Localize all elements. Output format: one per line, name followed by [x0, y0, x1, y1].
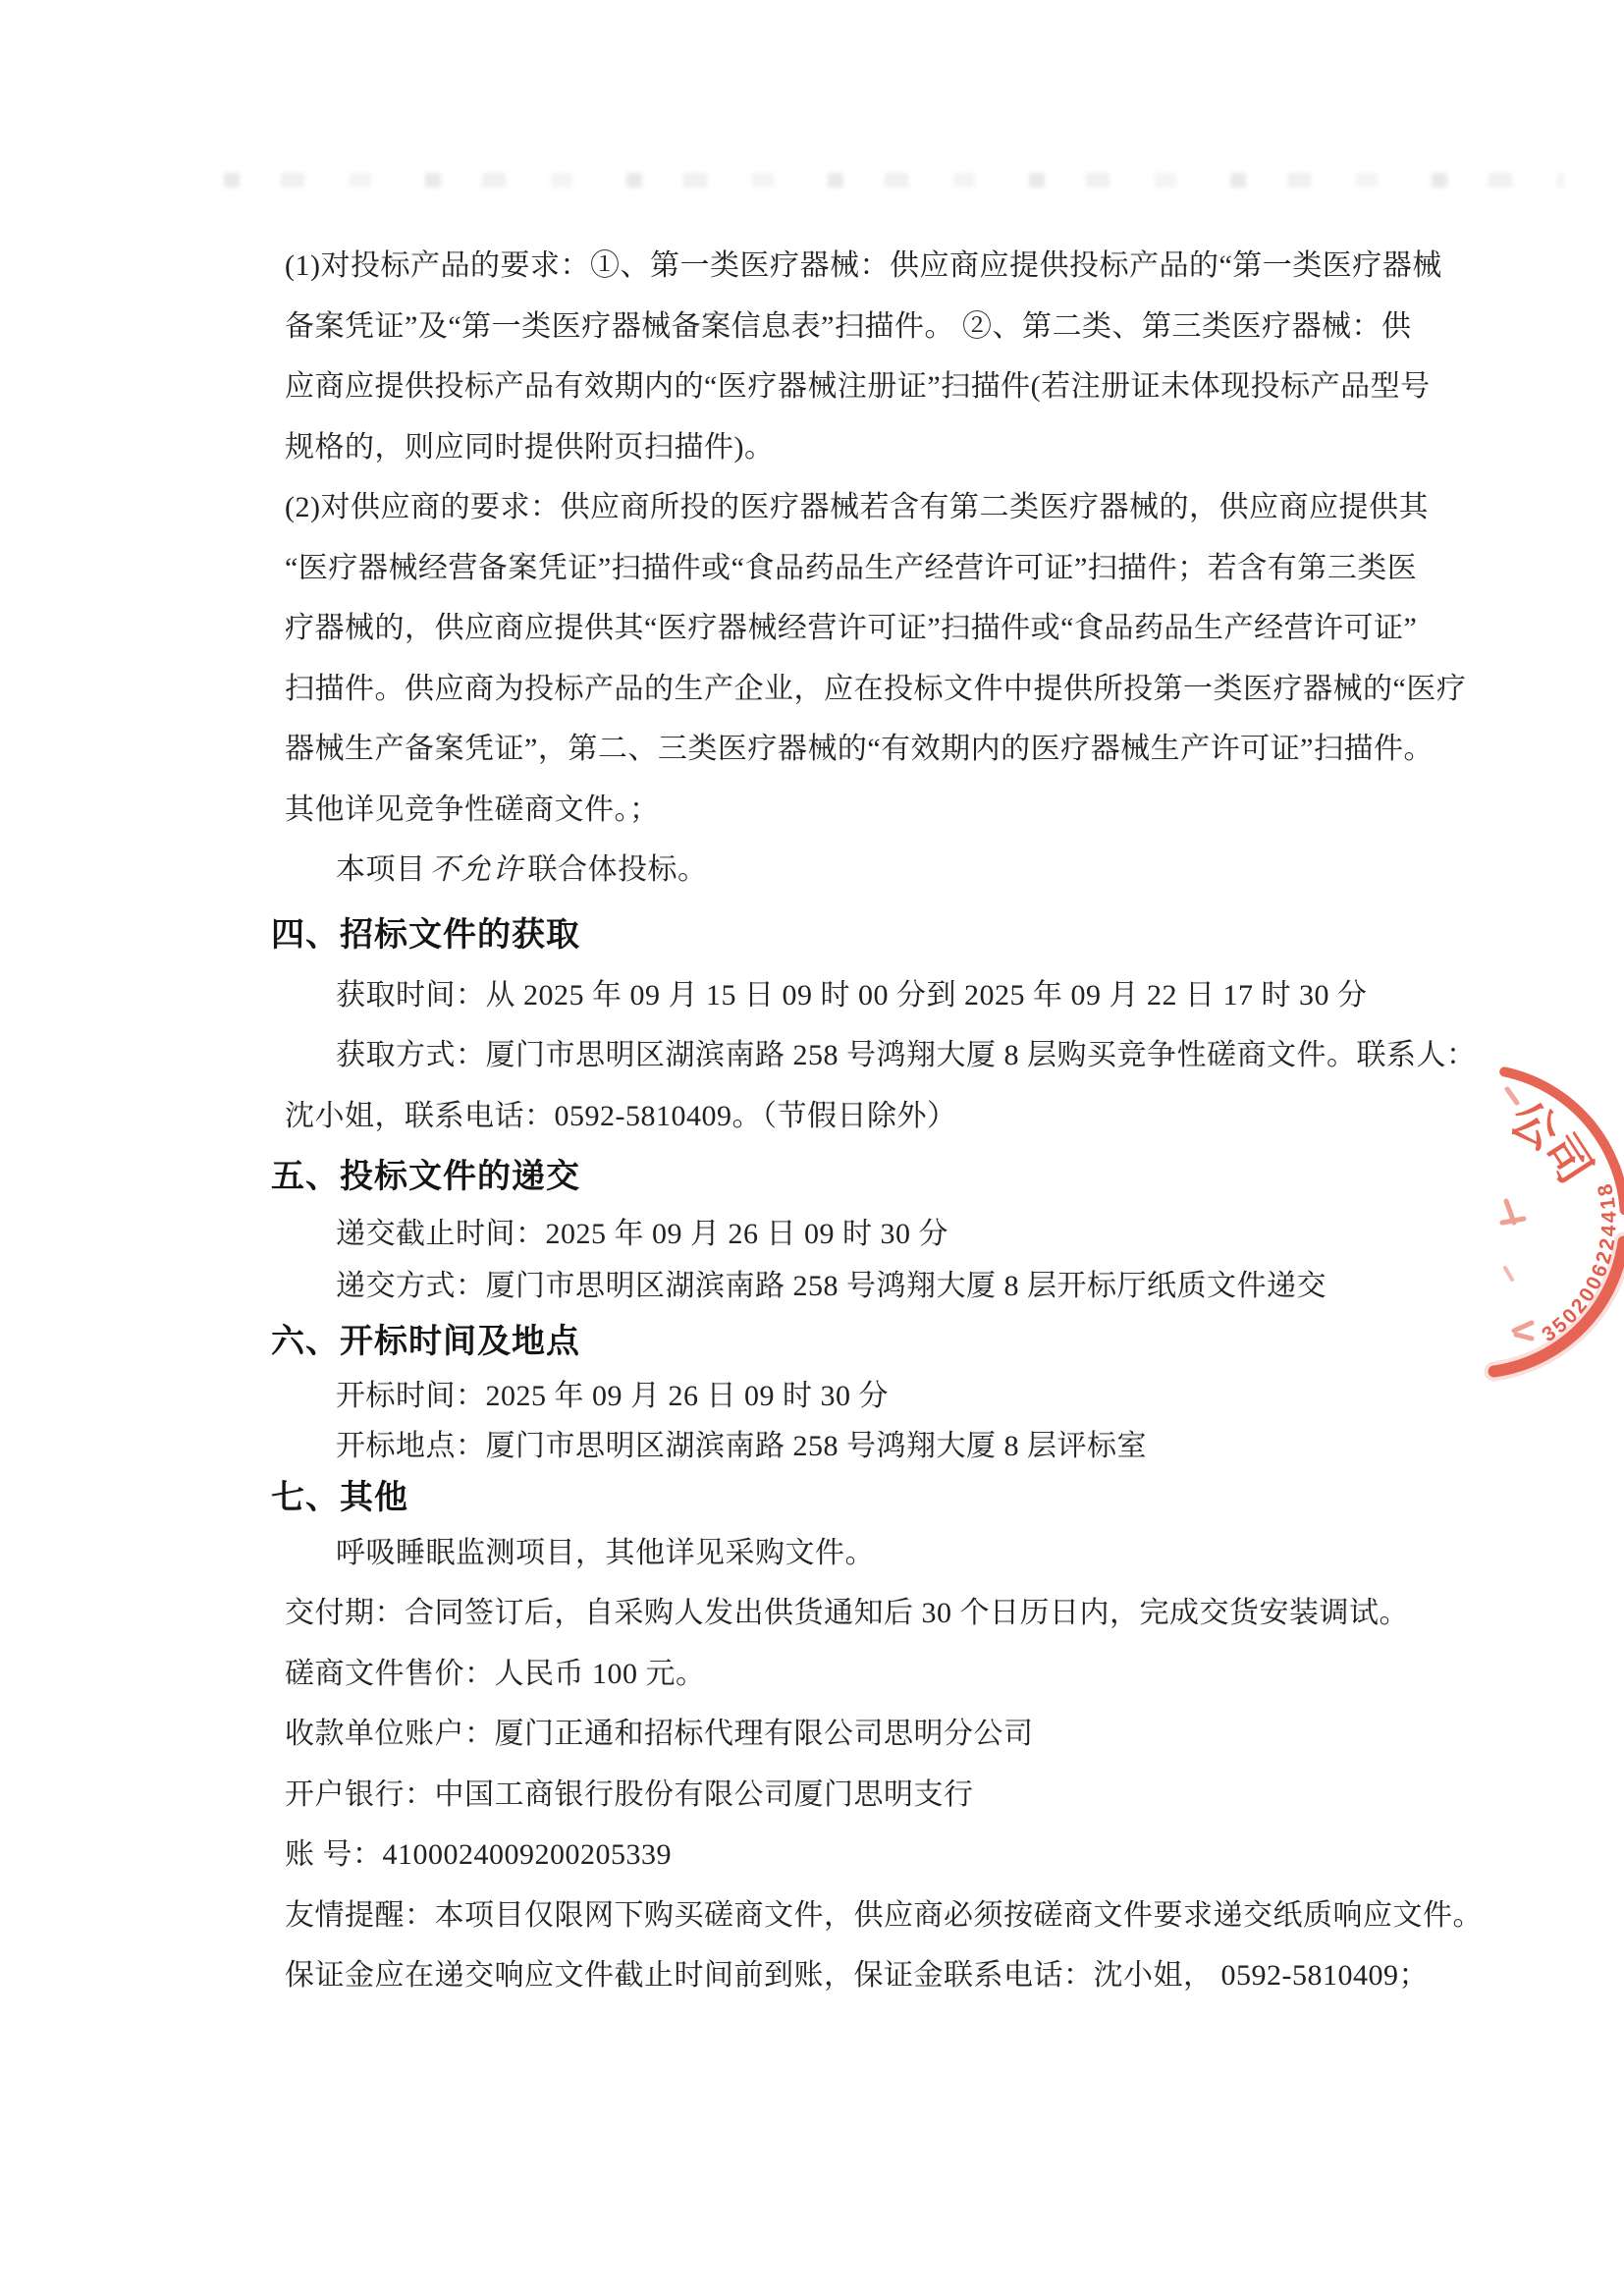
no-joint-bid-emphasis: 不允许 [426, 853, 528, 886]
reminder-line: 友情提醒：本项目仅限网下购买磋商文件，供应商必须按磋商文件要求递交纸质响应文件。 [285, 1886, 1443, 1946]
open-time-line: 开标时间：2025 年 09 月 26 日 09 时 30 分 [285, 1372, 1443, 1421]
contact-line: 沈小姐，联系电话：0592-5810409。（节假日除外） [285, 1086, 1443, 1147]
delivery-line: 交付期：合同签订后，自采购人发出供货通知后 30 个日历日内，完成交货安装调试。 [285, 1583, 1443, 1644]
doc-price-line: 磋商文件售价：人民币 100 元。 [285, 1644, 1443, 1705]
section-heading-6: 六、开标时间及地点 [271, 1311, 1443, 1372]
bank-line: 开户银行：中国工商银行股份有限公司厦门思明支行 [285, 1765, 1443, 1826]
doc-line: 其他详见竞争性磋商文件。； [285, 780, 1443, 841]
section-heading-5: 五、投标文件的递交 [271, 1146, 1443, 1207]
payee-line: 收款单位账户：厦门正通和招标代理有限公司思明分公司 [285, 1704, 1443, 1765]
doc-line: 扫描件。供应商为投标产品的生产企业，应在投标文件中提供所投第一类医疗器械的“医疗 [285, 659, 1443, 720]
doc-line: 器械生产备案凭证”，第二、三类医疗器械的“有效期内的医疗器械生产许可证”扫描件。 [285, 719, 1443, 780]
open-place-line: 开标地点：厦门市思明区湖滨南路 258 号鸿翔大厦 8 层评标室 [285, 1421, 1443, 1472]
obtain-method-line: 获取方式：厦门市思明区湖滨南路 258 号鸿翔大厦 8 层购买竞争性磋商文件。联… [285, 1025, 1443, 1086]
stamp-faded-fragment [1502, 1201, 1524, 1223]
project-note-line: 呼吸睡眠监测项目，其他详见采购文件。 [285, 1524, 1443, 1583]
submit-method-line: 递交方式：厦门市思明区湖滨南路 258 号鸿翔大厦 8 层开标厅纸质文件递交 [285, 1262, 1443, 1311]
doc-line: 疗器械的，供应商应提供其“医疗器械经营许可证”扫描件或“食品药品生产经营许可证” [285, 598, 1443, 659]
doc-line: (1)对投标产品的要求：①、第一类医疗器械：供应商应提供投标产品的“第一类医疗器… [285, 236, 1443, 297]
doc-line: (2)对供应商的要求：供应商所投的医疗器械若含有第二类医疗器械的，供应商应提供其 [285, 477, 1443, 538]
stamp-serial-digit: 8 [1594, 1181, 1618, 1198]
stamp-faded-fragment [1514, 1323, 1532, 1339]
no-joint-bid-suffix: 联合体投标。 [528, 853, 708, 886]
obtain-time-line: 获取时间：从 2025 年 09 月 15 日 09 时 00 分到 2025 … [285, 965, 1443, 1026]
section-heading-7: 七、其他 [271, 1472, 1443, 1524]
doc-line: “医疗器械经营备案凭证”扫描件或“食品药品生产经营许可证”扫描件；若含有第三类医 [285, 538, 1443, 599]
stamp-serial-group: 3502006224418 [1538, 1181, 1620, 1346]
doc-line: 规格的，则应同时提供附页扫描件)。 [285, 417, 1443, 478]
scan-bleed-artifact [224, 173, 1564, 188]
submit-deadline-line: 递交截止时间：2025 年 09 月 26 日 09 时 30 分 [285, 1207, 1443, 1262]
document-body: (1)对投标产品的要求：①、第一类医疗器械：供应商应提供投标产品的“第一类医疗器… [285, 236, 1443, 2006]
scanned-document-page: (1)对投标产品的要求：①、第一类医疗器械：供应商应提供投标产品的“第一类医疗器… [0, 0, 1624, 2296]
section-heading-4: 四、招标文件的获取 [271, 904, 1443, 965]
doc-line: 应商应提供投标产品有效期内的“医疗器械注册证”扫描件(若注册证未体现投标产品型号 [285, 356, 1443, 417]
deposit-line: 保证金应在递交响应文件截止时间前到账，保证金联系电话：沈小姐， 0592-581… [285, 1945, 1443, 2006]
account-number-line: 账 号：4100024009200205339 [285, 1825, 1443, 1886]
no-joint-bid-prefix: 本项目 [336, 853, 426, 886]
doc-line: 备案凭证”及“第一类医疗器械备案信息表”扫描件。 ②、第二类、第三类医疗器械：供 [285, 297, 1443, 357]
stamp-serial-digit: 4 [1597, 1224, 1621, 1237]
stamp-faded-fragment [1507, 1089, 1517, 1103]
stamp-serial-digit: 4 [1597, 1211, 1620, 1224]
official-stamp-seal-icon: 公 司 3502006224418 [1306, 1046, 1624, 1395]
no-joint-bid-line: 本项目不允许联合体投标。 [285, 840, 1443, 901]
stamp-faded-fragment [1505, 1268, 1512, 1280]
